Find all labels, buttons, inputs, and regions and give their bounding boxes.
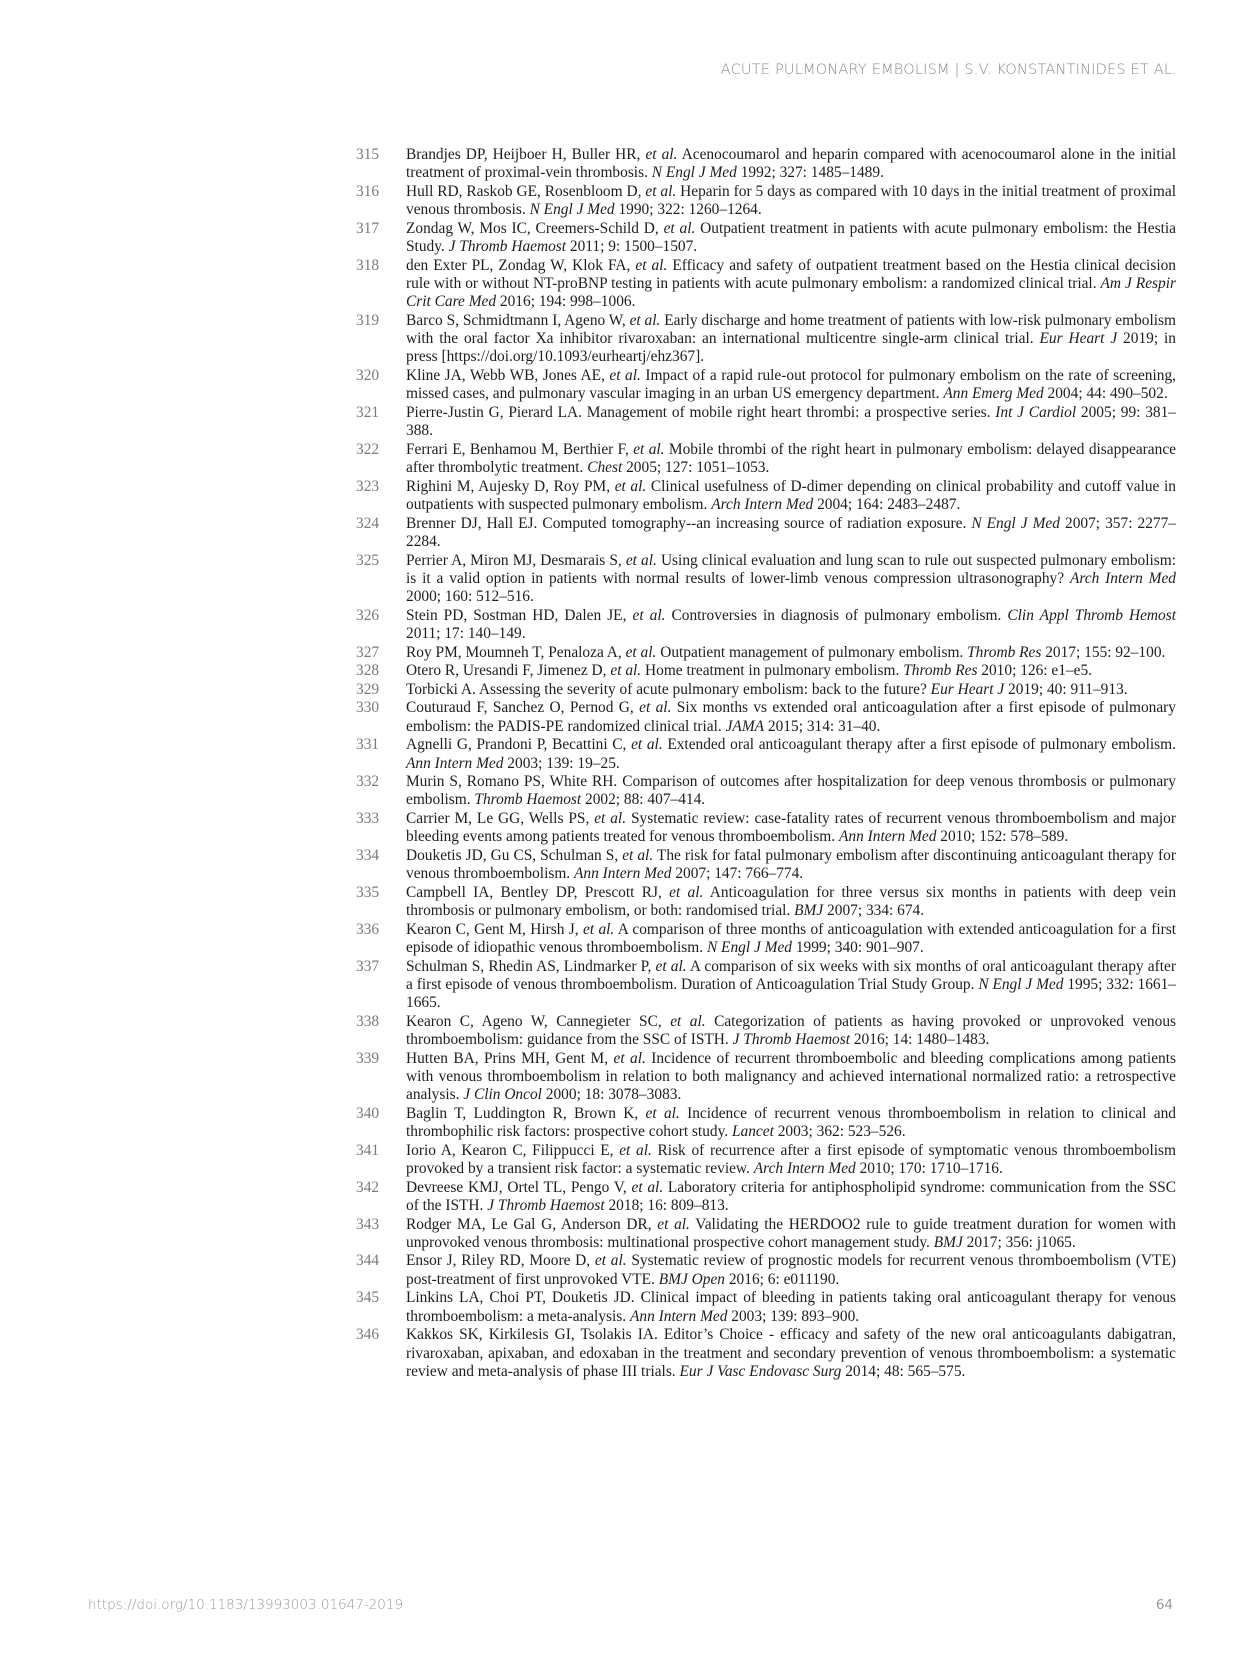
reference-et-al: et al. — [615, 478, 647, 495]
reference-journal: Lancet — [732, 1123, 774, 1140]
reference-number: 319 — [356, 312, 396, 330]
reference-journal: J Thromb Haemost — [487, 1197, 604, 1214]
reference-et-al: et al. — [632, 1179, 664, 1196]
reference-citation: 2003; 139: 893–900. — [727, 1308, 859, 1325]
reference-number: 336 — [356, 921, 396, 939]
reference-journal: Chest — [587, 459, 622, 476]
reference-citation: 1990; 322: 1260–1264. — [615, 201, 762, 218]
reference-citation: 2011; 9: 1500–1507. — [566, 238, 697, 255]
reference-item: 334Douketis JD, Gu CS, Schulman S, et al… — [356, 847, 1176, 884]
reference-item: 337Schulman S, Rhedin AS, Lindmarker P, … — [356, 958, 1176, 1013]
reference-authors: Linkins LA, Choi PT, Douketis JD. — [406, 1289, 635, 1306]
reference-authors: Brenner DJ, Hall EJ. — [406, 515, 537, 532]
reference-citation: 2014; 48: 565–575. — [841, 1363, 965, 1380]
reference-item: 336Kearon C, Gent M, Hirsh J, et al. A c… — [356, 921, 1176, 958]
reference-et-al: et al. — [664, 220, 696, 237]
reference-citation: 2010; 152: 578–589. — [936, 828, 1068, 845]
reference-item: 323Righini M, Aujesky D, Roy PM, et al. … — [356, 478, 1176, 515]
reference-item: 340Baglin T, Luddington R, Brown K, et a… — [356, 1105, 1176, 1142]
reference-et-al: et al. — [670, 1013, 705, 1030]
reference-authors: Kearon C, Gent M, Hirsh J, — [406, 921, 583, 938]
reference-journal: BMJ — [934, 1234, 963, 1251]
reference-journal: J Clin Oncol — [463, 1086, 542, 1103]
reference-item: 321Pierre-Justin G, Pierard LA. Manageme… — [356, 404, 1176, 441]
reference-authors: Stein PD, Sostman HD, Dalen JE, — [406, 607, 632, 624]
reference-et-al: et al. — [595, 1252, 627, 1269]
reference-item: 317Zondag W, Mos IC, Creemers-Schild D, … — [356, 220, 1176, 257]
reference-title: Outpatient management of pulmonary embol… — [656, 644, 967, 661]
reference-et-al: et al. — [613, 1050, 645, 1067]
reference-et-al: et al. — [639, 699, 671, 716]
reference-authors: Zondag W, Mos IC, Creemers-Schild D, — [406, 220, 664, 237]
reference-item: 331Agnelli G, Prandoni P, Becattini C, e… — [356, 736, 1176, 773]
reference-number: 337 — [356, 958, 396, 976]
reference-et-al: et al. — [646, 1105, 680, 1122]
reference-journal: N Engl J Med — [971, 515, 1060, 532]
reference-et-al: et al. — [619, 1142, 652, 1159]
reference-number: 327 — [356, 644, 396, 662]
reference-item: 329Torbicki A. Assessing the severity of… — [356, 681, 1176, 699]
reference-et-al: et al. — [631, 736, 663, 753]
reference-number: 335 — [356, 884, 396, 902]
reference-authors: Devreese KMJ, Ortel TL, Pengo V, — [406, 1179, 632, 1196]
reference-et-al: et al. — [583, 921, 614, 938]
reference-journal: Ann Intern Med — [406, 755, 503, 772]
footer-doi-link[interactable]: https://doi.org/10.1183/13993003.01647-2… — [88, 1597, 403, 1613]
reference-item: 319Barco S, Schmidtmann I, Ageno W, et a… — [356, 312, 1176, 367]
reference-authors: Kearon C, Ageno W, Cannegieter SC, — [406, 1013, 670, 1030]
reference-journal: N Engl J Med — [978, 976, 1063, 993]
reference-number: 334 — [356, 847, 396, 865]
reference-authors: Hutten BA, Prins MH, Gent M, — [406, 1050, 613, 1067]
reference-journal: Thromb Res — [903, 662, 977, 679]
reference-number: 328 — [356, 662, 396, 680]
reference-citation: 2010; 126: e1–e5. — [977, 662, 1092, 679]
reference-number: 325 — [356, 552, 396, 570]
reference-citation: 2007; 334: 674. — [823, 902, 924, 919]
reference-item: 342Devreese KMJ, Ortel TL, Pengo V, et a… — [356, 1179, 1176, 1216]
reference-item: 339Hutten BA, Prins MH, Gent M, et al. I… — [356, 1050, 1176, 1105]
reference-authors: Carrier M, Le GG, Wells PS, — [406, 810, 594, 827]
page-number: 64 — [1156, 1597, 1173, 1613]
reference-citation: 2010; 170: 1710–1716. — [856, 1160, 1003, 1177]
reference-et-al: et al. — [622, 847, 653, 864]
reference-authors: Agnelli G, Prandoni P, Becattini C, — [406, 736, 631, 753]
reference-journal: Ann Intern Med — [574, 865, 671, 882]
reference-et-al: et al. — [609, 367, 640, 384]
reference-authors: Otero R, Uresandi F, Jimenez D, — [406, 662, 610, 679]
reference-authors: Perrier A, Miron MJ, Desmarais S, — [406, 552, 626, 569]
reference-authors: Kline JA, Webb WB, Jones AE, — [406, 367, 609, 384]
reference-et-al: et al. — [630, 312, 661, 329]
reference-et-al: et al. — [626, 552, 657, 569]
reference-et-al: et al. — [656, 958, 687, 975]
reference-authors: Schulman S, Rhedin AS, Lindmarker P, — [406, 958, 656, 975]
reference-journal: Eur Heart J — [931, 681, 1005, 698]
reference-et-al: et al. — [635, 257, 667, 274]
reference-authors: Brandjes DP, Heijboer H, Buller HR, — [406, 146, 645, 163]
reference-citation: 2000; 160: 512–516. — [406, 588, 534, 605]
reference-number: 332 — [356, 773, 396, 791]
reference-et-al: et al. — [645, 183, 676, 200]
reference-journal: Clin Appl Thromb Hemost — [1007, 607, 1176, 624]
reference-list: 315Brandjes DP, Heijboer H, Buller HR, e… — [356, 146, 1176, 1381]
reference-authors: Pierre-Justin G, Pierard LA. — [406, 404, 582, 421]
reference-citation: 2016; 194: 998–1006. — [496, 293, 635, 310]
reference-title: Computed tomography--an increasing sourc… — [537, 515, 971, 532]
reference-citation: 2011; 17: 140–149. — [406, 625, 526, 642]
reference-authors: Douketis JD, Gu CS, Schulman S, — [406, 847, 622, 864]
reference-authors: Murin S, Romano PS, White RH. — [406, 773, 617, 790]
reference-citation: 2005; 127: 1051–1053. — [622, 459, 769, 476]
reference-authors: Iorio A, Kearon C, Filippucci E, — [406, 1142, 619, 1159]
reference-title: Management of mobile right heart thrombi… — [582, 404, 995, 421]
reference-number: 315 — [356, 146, 396, 164]
reference-journal: Eur Heart J — [1040, 330, 1118, 347]
reference-number: 318 — [356, 257, 396, 275]
reference-journal: Ann Emerg Med — [943, 385, 1043, 402]
reference-authors: Barco S, Schmidtmann I, Ageno W, — [406, 312, 630, 329]
reference-authors: Roy PM, Moumneh T, Penaloza A, — [406, 644, 626, 661]
reference-et-al: et al. — [594, 810, 626, 827]
reference-number: 326 — [356, 607, 396, 625]
reference-number: 344 — [356, 1252, 396, 1270]
reference-journal: Arch Intern Med — [1070, 570, 1176, 587]
reference-authors: Rodger MA, Le Gal G, Anderson DR, — [406, 1216, 657, 1233]
reference-authors: Hull RD, Raskob GE, Rosenbloom D, — [406, 183, 645, 200]
reference-number: 345 — [356, 1289, 396, 1307]
reference-item: 332Murin S, Romano PS, White RH. Compari… — [356, 773, 1176, 810]
reference-journal: N Engl J Med — [530, 201, 615, 218]
reference-citation: 2016; 14: 1480–1483. — [850, 1031, 989, 1048]
reference-authors: Baglin T, Luddington R, Brown K, — [406, 1105, 646, 1122]
reference-number: 321 — [356, 404, 396, 422]
reference-item: 338Kearon C, Ageno W, Cannegieter SC, et… — [356, 1013, 1176, 1050]
reference-item: 316Hull RD, Raskob GE, Rosenbloom D, et … — [356, 183, 1176, 220]
reference-citation: 2019; 40: 911–913. — [1004, 681, 1127, 698]
reference-citation: 2018; 16: 809–813. — [605, 1197, 729, 1214]
reference-number: 320 — [356, 367, 396, 385]
reference-title: Controversies in diagnosis of pulmonary … — [665, 607, 1007, 624]
reference-journal: BMJ — [794, 902, 823, 919]
reference-item: 328Otero R, Uresandi F, Jimenez D, et al… — [356, 662, 1176, 680]
reference-number: 323 — [356, 478, 396, 496]
reference-journal: N Engl J Med — [652, 164, 737, 181]
reference-citation: 2016; 6: e011190. — [725, 1271, 839, 1288]
reference-title: Home treatment in pulmonary embolism. — [641, 662, 903, 679]
running-head: ACUTE PULMONARY EMBOLISM | S.V. KONSTANT… — [721, 62, 1177, 78]
reference-item: 341Iorio A, Kearon C, Filippucci E, et a… — [356, 1142, 1176, 1179]
reference-number: 340 — [356, 1105, 396, 1123]
reference-number: 322 — [356, 441, 396, 459]
reference-title: Assessing the severity of acute pulmonar… — [476, 681, 931, 698]
reference-number: 316 — [356, 183, 396, 201]
reference-item: 330Couturaud F, Sanchez O, Pernod G, et … — [356, 699, 1176, 736]
reference-journal: N Engl J Med — [707, 939, 792, 956]
reference-item: 318den Exter PL, Zondag W, Klok FA, et a… — [356, 257, 1176, 312]
reference-number: 346 — [356, 1326, 396, 1344]
reference-number: 329 — [356, 681, 396, 699]
reference-authors: Righini M, Aujesky D, Roy PM, — [406, 478, 615, 495]
reference-item: 326Stein PD, Sostman HD, Dalen JE, et al… — [356, 607, 1176, 644]
reference-authors: den Exter PL, Zondag W, Klok FA, — [406, 257, 635, 274]
reference-item: 325Perrier A, Miron MJ, Desmarais S, et … — [356, 552, 1176, 607]
reference-journal: Arch Intern Med — [711, 496, 813, 513]
reference-journal: Int J Cardiol — [995, 404, 1076, 421]
reference-item: 327Roy PM, Moumneh T, Penaloza A, et al.… — [356, 644, 1176, 662]
reference-number: 333 — [356, 810, 396, 828]
reference-citation: 1992; 327: 1485–1489. — [737, 164, 884, 181]
reference-citation: 2007; 147: 766–774. — [671, 865, 803, 882]
reference-journal: J Thromb Haemost — [449, 238, 566, 255]
reference-number: 330 — [356, 699, 396, 717]
reference-citation: 2017; 356: j1065. — [963, 1234, 1076, 1251]
reference-et-al: et al. — [657, 1216, 690, 1233]
reference-journal: J Thromb Haemost — [733, 1031, 850, 1048]
reference-item: 315Brandjes DP, Heijboer H, Buller HR, e… — [356, 146, 1176, 183]
reference-authors: Torbicki A. — [406, 681, 476, 698]
reference-journal: JAMA — [726, 718, 764, 735]
reference-et-al: et al. — [645, 146, 677, 163]
reference-authors: Campbell IA, Bentley DP, Prescott RJ, — [406, 884, 669, 901]
reference-number: 339 — [356, 1050, 396, 1068]
reference-number: 341 — [356, 1142, 396, 1160]
reference-item: 333Carrier M, Le GG, Wells PS, et al. Sy… — [356, 810, 1176, 847]
reference-journal: Arch Intern Med — [754, 1160, 856, 1177]
reference-et-al: et al. — [632, 607, 665, 624]
reference-number: 317 — [356, 220, 396, 238]
reference-citation: 2017; 155: 92–100. — [1041, 644, 1165, 661]
reference-journal: Ann Intern Med — [839, 828, 936, 845]
reference-item: 335Campbell IA, Bentley DP, Prescott RJ,… — [356, 884, 1176, 921]
reference-item: 346Kakkos SK, Kirkilesis GI, Tsolakis IA… — [356, 1326, 1176, 1381]
reference-item: 324Brenner DJ, Hall EJ. Computed tomogra… — [356, 515, 1176, 552]
reference-number: 343 — [356, 1216, 396, 1234]
reference-citation: 2003; 139: 19–25. — [503, 755, 619, 772]
reference-et-al: et al. — [610, 662, 641, 679]
reference-citation: 2000; 18: 3078–3083. — [542, 1086, 681, 1103]
reference-journal: Ann Intern Med — [630, 1308, 727, 1325]
reference-citation: 1999; 340: 901–907. — [792, 939, 924, 956]
reference-item: 320Kline JA, Webb WB, Jones AE, et al. I… — [356, 367, 1176, 404]
reference-journal: BMJ Open — [659, 1271, 725, 1288]
reference-journal: Eur J Vasc Endovasc Surg — [680, 1363, 842, 1380]
reference-number: 338 — [356, 1013, 396, 1031]
reference-citation: 2003; 362: 523–526. — [774, 1123, 906, 1140]
reference-title: Extended oral anticoagulant therapy afte… — [663, 736, 1176, 753]
reference-et-al: et al. — [669, 884, 703, 901]
reference-authors: Ferrari E, Benhamou M, Berthier F, — [406, 441, 633, 458]
reference-authors: Kakkos SK, Kirkilesis GI, Tsolakis IA. — [406, 1326, 658, 1343]
reference-item: 344Ensor J, Riley RD, Moore D, et al. Sy… — [356, 1252, 1176, 1289]
reference-journal: Thromb Res — [967, 644, 1041, 661]
reference-number: 342 — [356, 1179, 396, 1197]
reference-citation: 2015; 314: 31–40. — [764, 718, 880, 735]
reference-et-al: et al. — [626, 644, 657, 661]
reference-item: 345Linkins LA, Choi PT, Douketis JD. Cli… — [356, 1289, 1176, 1326]
reference-number: 331 — [356, 736, 396, 754]
reference-authors: Couturaud F, Sanchez O, Pernod G, — [406, 699, 639, 716]
reference-number: 324 — [356, 515, 396, 533]
reference-authors: Ensor J, Riley RD, Moore D, — [406, 1252, 595, 1269]
reference-citation: 2004; 164: 2483–2487. — [813, 496, 960, 513]
reference-item: 322Ferrari E, Benhamou M, Berthier F, et… — [356, 441, 1176, 478]
reference-citation: 2004; 44: 490–502. — [1044, 385, 1168, 402]
reference-journal: Thromb Haemost — [474, 791, 581, 808]
reference-et-al: et al. — [633, 441, 664, 458]
reference-item: 343Rodger MA, Le Gal G, Anderson DR, et … — [356, 1216, 1176, 1253]
reference-citation: 2002; 88: 407–414. — [581, 791, 705, 808]
